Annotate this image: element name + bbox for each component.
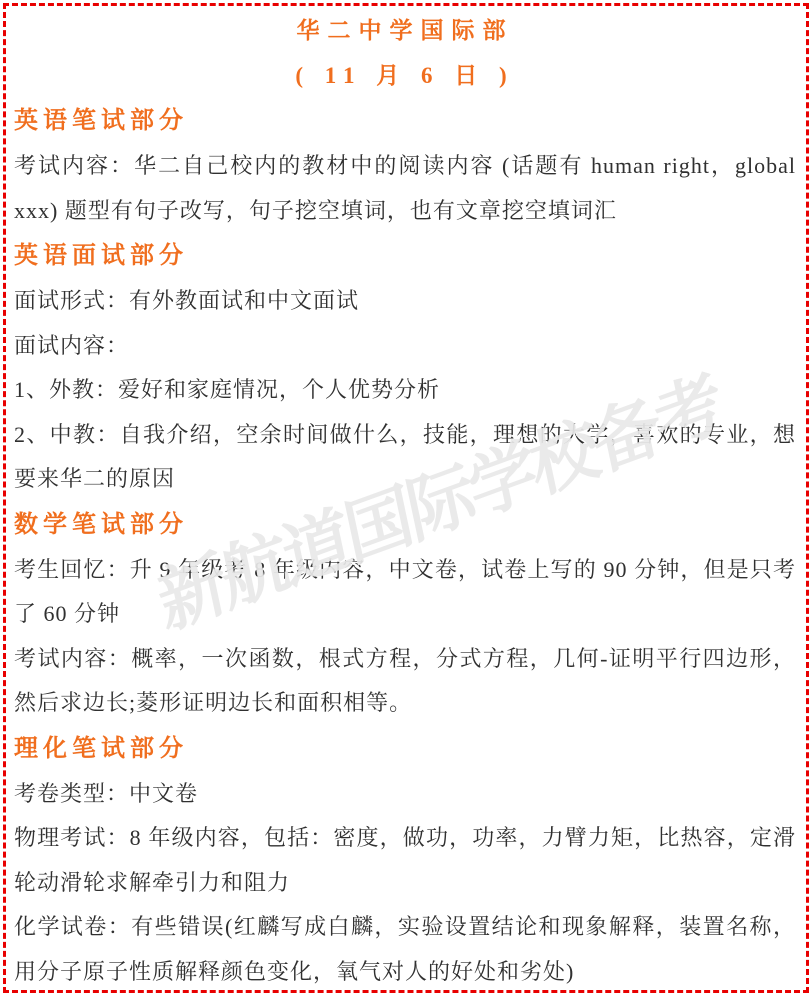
section-paragraph: 2、中教：自我介绍，空余时间做什么，技能，理想的大学，喜欢的专业，想要来华二的原… [14,413,796,502]
section-paragraph: 考生回忆：升 9 年级考 8 年级内容，中文卷，试卷上写的 90 分钟，但是只考… [14,548,796,637]
section-paragraph: 考卷类型：中文卷 [14,772,796,817]
section-english-written: 英语笔试部分 考试内容：华二自己校内的教材中的阅读内容 (话题有 human r… [14,98,796,233]
section-paragraph: 面试内容： [14,324,796,369]
page-content: 华二中学国际部 ( 11 月 6 日 ) 英语笔试部分 考试内容：华二自己校内的… [6,6,806,990]
section-paragraph: 1、外教：爱好和家庭情况，个人优势分析 [14,368,796,413]
document-page: { "colors": { "accent_orange": "#f06e1e"… [0,0,812,996]
section-english-interview: 英语面试部分 面试形式：有外教面试和中文面试 面试内容： 1、外教：爱好和家庭情… [14,233,796,502]
page-title: 华二中学国际部 [14,8,796,53]
section-heading: 数学笔试部分 [14,502,796,548]
section-physics-chemistry-written: 理化笔试部分 考卷类型：中文卷 物理考试：8 年级内容，包括：密度，做功，功率，… [14,726,796,995]
page-date: ( 11 月 6 日 ) [14,53,796,98]
section-heading: 英语面试部分 [14,233,796,279]
section-math-written: 数学笔试部分 考生回忆：升 9 年级考 8 年级内容，中文卷，试卷上写的 90 … [14,502,796,726]
section-paragraph: 面试形式：有外教面试和中文面试 [14,279,796,324]
section-paragraph: 考试内容：概率，一次函数，根式方程，分式方程，几何-证明平行四边形，然后求边长;… [14,637,796,726]
section-heading: 理化笔试部分 [14,726,796,772]
section-heading: 英语笔试部分 [14,98,796,144]
section-paragraph: 考试内容：华二自己校内的教材中的阅读内容 (话题有 human right，gl… [14,144,796,233]
section-paragraph: 化学试卷：有些错误(红麟写成白麟，实验设置结论和现象解释，装置名称，用分子原子性… [14,905,796,994]
section-paragraph: 物理考试：8 年级内容，包括：密度，做功，功率，力臂力矩，比热容，定滑轮动滑轮求… [14,816,796,905]
